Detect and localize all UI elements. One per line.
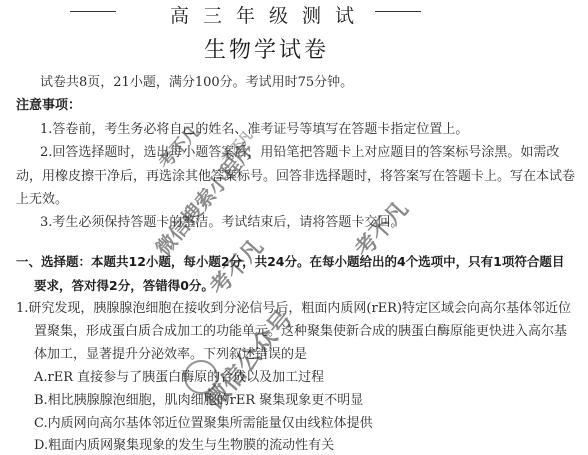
note-item-2-end: 上无效。: [16, 190, 68, 210]
header-rule-right: [375, 11, 421, 12]
series-title: 高三年级测试: [170, 1, 360, 28]
exam-header: 高三年级测试: [0, 0, 588, 28]
option-b: B.相比胰腺腺泡细胞，肌肉细胞的rER 聚集现象更不明显: [34, 391, 363, 411]
exam-page: 高三年级测试 生物学试卷 试卷共8页，21小题，满分100分。考试用时75分钟。…: [0, 0, 588, 455]
question-stem-line-1: 1.研究发现，胰腺腺泡细胞在接收到分泌信号后，粗面内质网(rER)特定区域会向高…: [16, 299, 571, 319]
note-item-1: 1.答卷前，考生务必将自己的姓名、准考证号等填写在答题卡指定位置上。: [40, 120, 468, 140]
question-stem-line-3: 体加工，显著提升分泌效率。下列叙述错误的是: [34, 345, 307, 365]
option-d: D.粗面内质网聚集现象的发生与生物膜的流动性有关: [34, 436, 334, 455]
question-stem-line-2: 置聚集，形成蛋白质合成加工的功能单元。这种聚集使新合成的胰蛋白酶原能更快进入高尔…: [34, 322, 567, 342]
section-heading-cont: 要求，答对得2分，答错得0分。: [34, 276, 214, 296]
section-heading: 一、选择题：本题共12小题，每小题2分，共24分。在每小题给出的4个选项中，只有…: [16, 252, 564, 272]
notes-heading: 注意事项：: [16, 96, 81, 116]
option-c: C.内质网向高尔基体邻近位置聚集所需能量仅由线粒体提供: [34, 414, 373, 434]
note-item-2: 2.回答选择题时，选出每小题答案后，用铅笔把答题卡上对应题目的答案标号涂黑。如需…: [40, 143, 559, 163]
subject-title: 生物学试卷: [204, 33, 329, 64]
header-rule-left: [70, 11, 116, 12]
note-item-3: 3.考生必须保持答题卡的整洁。考试结束后，请将答题卡交回。: [40, 213, 403, 233]
note-item-2-cont: 动，用橡皮擦干净后，再选涂其他答案标号。回答非选择题时，将答案写在答题卡上。写在…: [16, 167, 575, 187]
exam-info: 试卷共8页，21小题，满分100分。考试用时75分钟。: [40, 73, 353, 93]
option-a: A.rER 直接参与了胰蛋白酶原的合成以及加工过程: [34, 368, 324, 388]
